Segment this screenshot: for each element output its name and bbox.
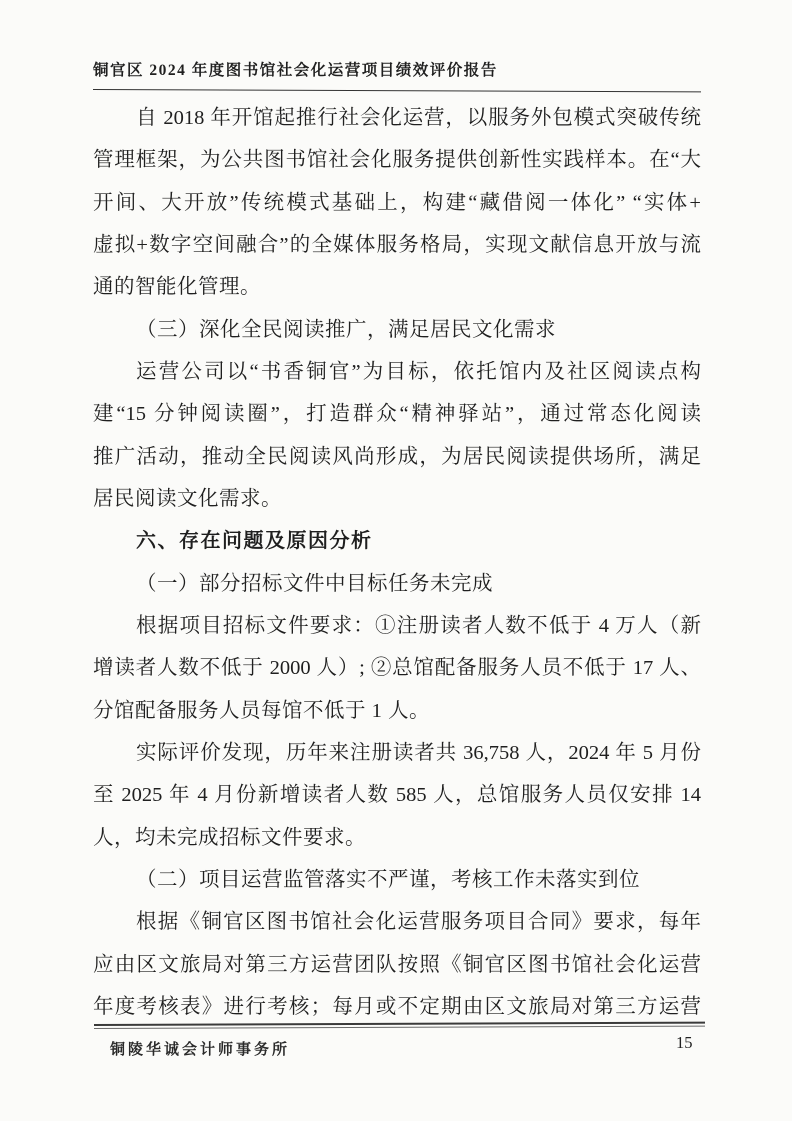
text-line: 实际评价发现，历年来注册读者共 36,758 人，2024 年 5 月份	[93, 732, 701, 774]
text-line: 根据项目招标文件要求：①注册读者人数不低于 4 万人（新	[93, 605, 701, 647]
text-line: 人，均未完成招标文件要求。	[93, 817, 701, 859]
text-line: 自 2018 年开馆起推行社会化运营，以服务外包模式突破传统	[93, 97, 701, 139]
footer-firm-name: 铜陵华诚会计师事务所	[110, 1038, 290, 1059]
text-line: 通的智能化管理。	[93, 266, 701, 308]
text-line: （一）部分招标文件中目标任务未完成	[93, 563, 701, 605]
text-line: 虚拟+数字空间融合”的全媒体服务格局，实现文献信息开放与流	[93, 224, 701, 266]
text-line: （三）深化全民阅读推广，满足居民文化需求	[93, 309, 701, 351]
header-title: 铜官区 2024 年度图书馆社会化运营项目绩效评价报告	[93, 58, 498, 80]
text-line: 居民阅读文化需求。	[93, 478, 701, 520]
text-line: （二）项目运营监管落实不严谨，考核工作未落实到位	[93, 859, 701, 901]
header-rule	[93, 89, 701, 92]
text-line: 推广活动，推动全民阅读风尚形成，为居民阅读提供场所，满足	[93, 436, 701, 478]
text-line: 运营公司以“书香铜官”为目标，依托馆内及社区阅读点构	[93, 351, 701, 393]
page-number: 15	[676, 1033, 693, 1053]
text-line: 根据《铜官区图书馆社会化运营服务项目合同》要求，每年	[93, 901, 701, 943]
text-line: 增读者人数不低于 2000 人）; ②总馆配备服务人员不低于 17 人、	[93, 647, 701, 689]
text-line: 至 2025 年 4 月份新增读者人数 585 人，总馆服务人员仅安排 14	[93, 774, 701, 816]
text-line: 管理框架，为公共图书馆社会化服务提供创新性实践样本。在“大	[93, 139, 701, 181]
text-line: 分馆配备服务人员每馆不低于 1 人。	[93, 690, 701, 732]
text-line: 开间、大开放”传统模式基础上，构建“藏借阅一体化” “实体+	[93, 182, 701, 224]
report-page: 铜官区 2024 年度图书馆社会化运营项目绩效评价报告 自 2018 年开馆起推…	[0, 0, 792, 1121]
text-line: 应由区文旅局对第三方运营团队按照《铜官区图书馆社会化运营	[93, 944, 701, 986]
text-line: 建“15 分钟阅读圈”，打造群众“精神驿站”，通过常态化阅读	[93, 393, 701, 435]
body-text: 自 2018 年开馆起推行社会化运营，以服务外包模式突破传统管理框架，为公共图书…	[93, 97, 701, 1028]
text-line: 六、存在问题及原因分析	[93, 520, 701, 562]
